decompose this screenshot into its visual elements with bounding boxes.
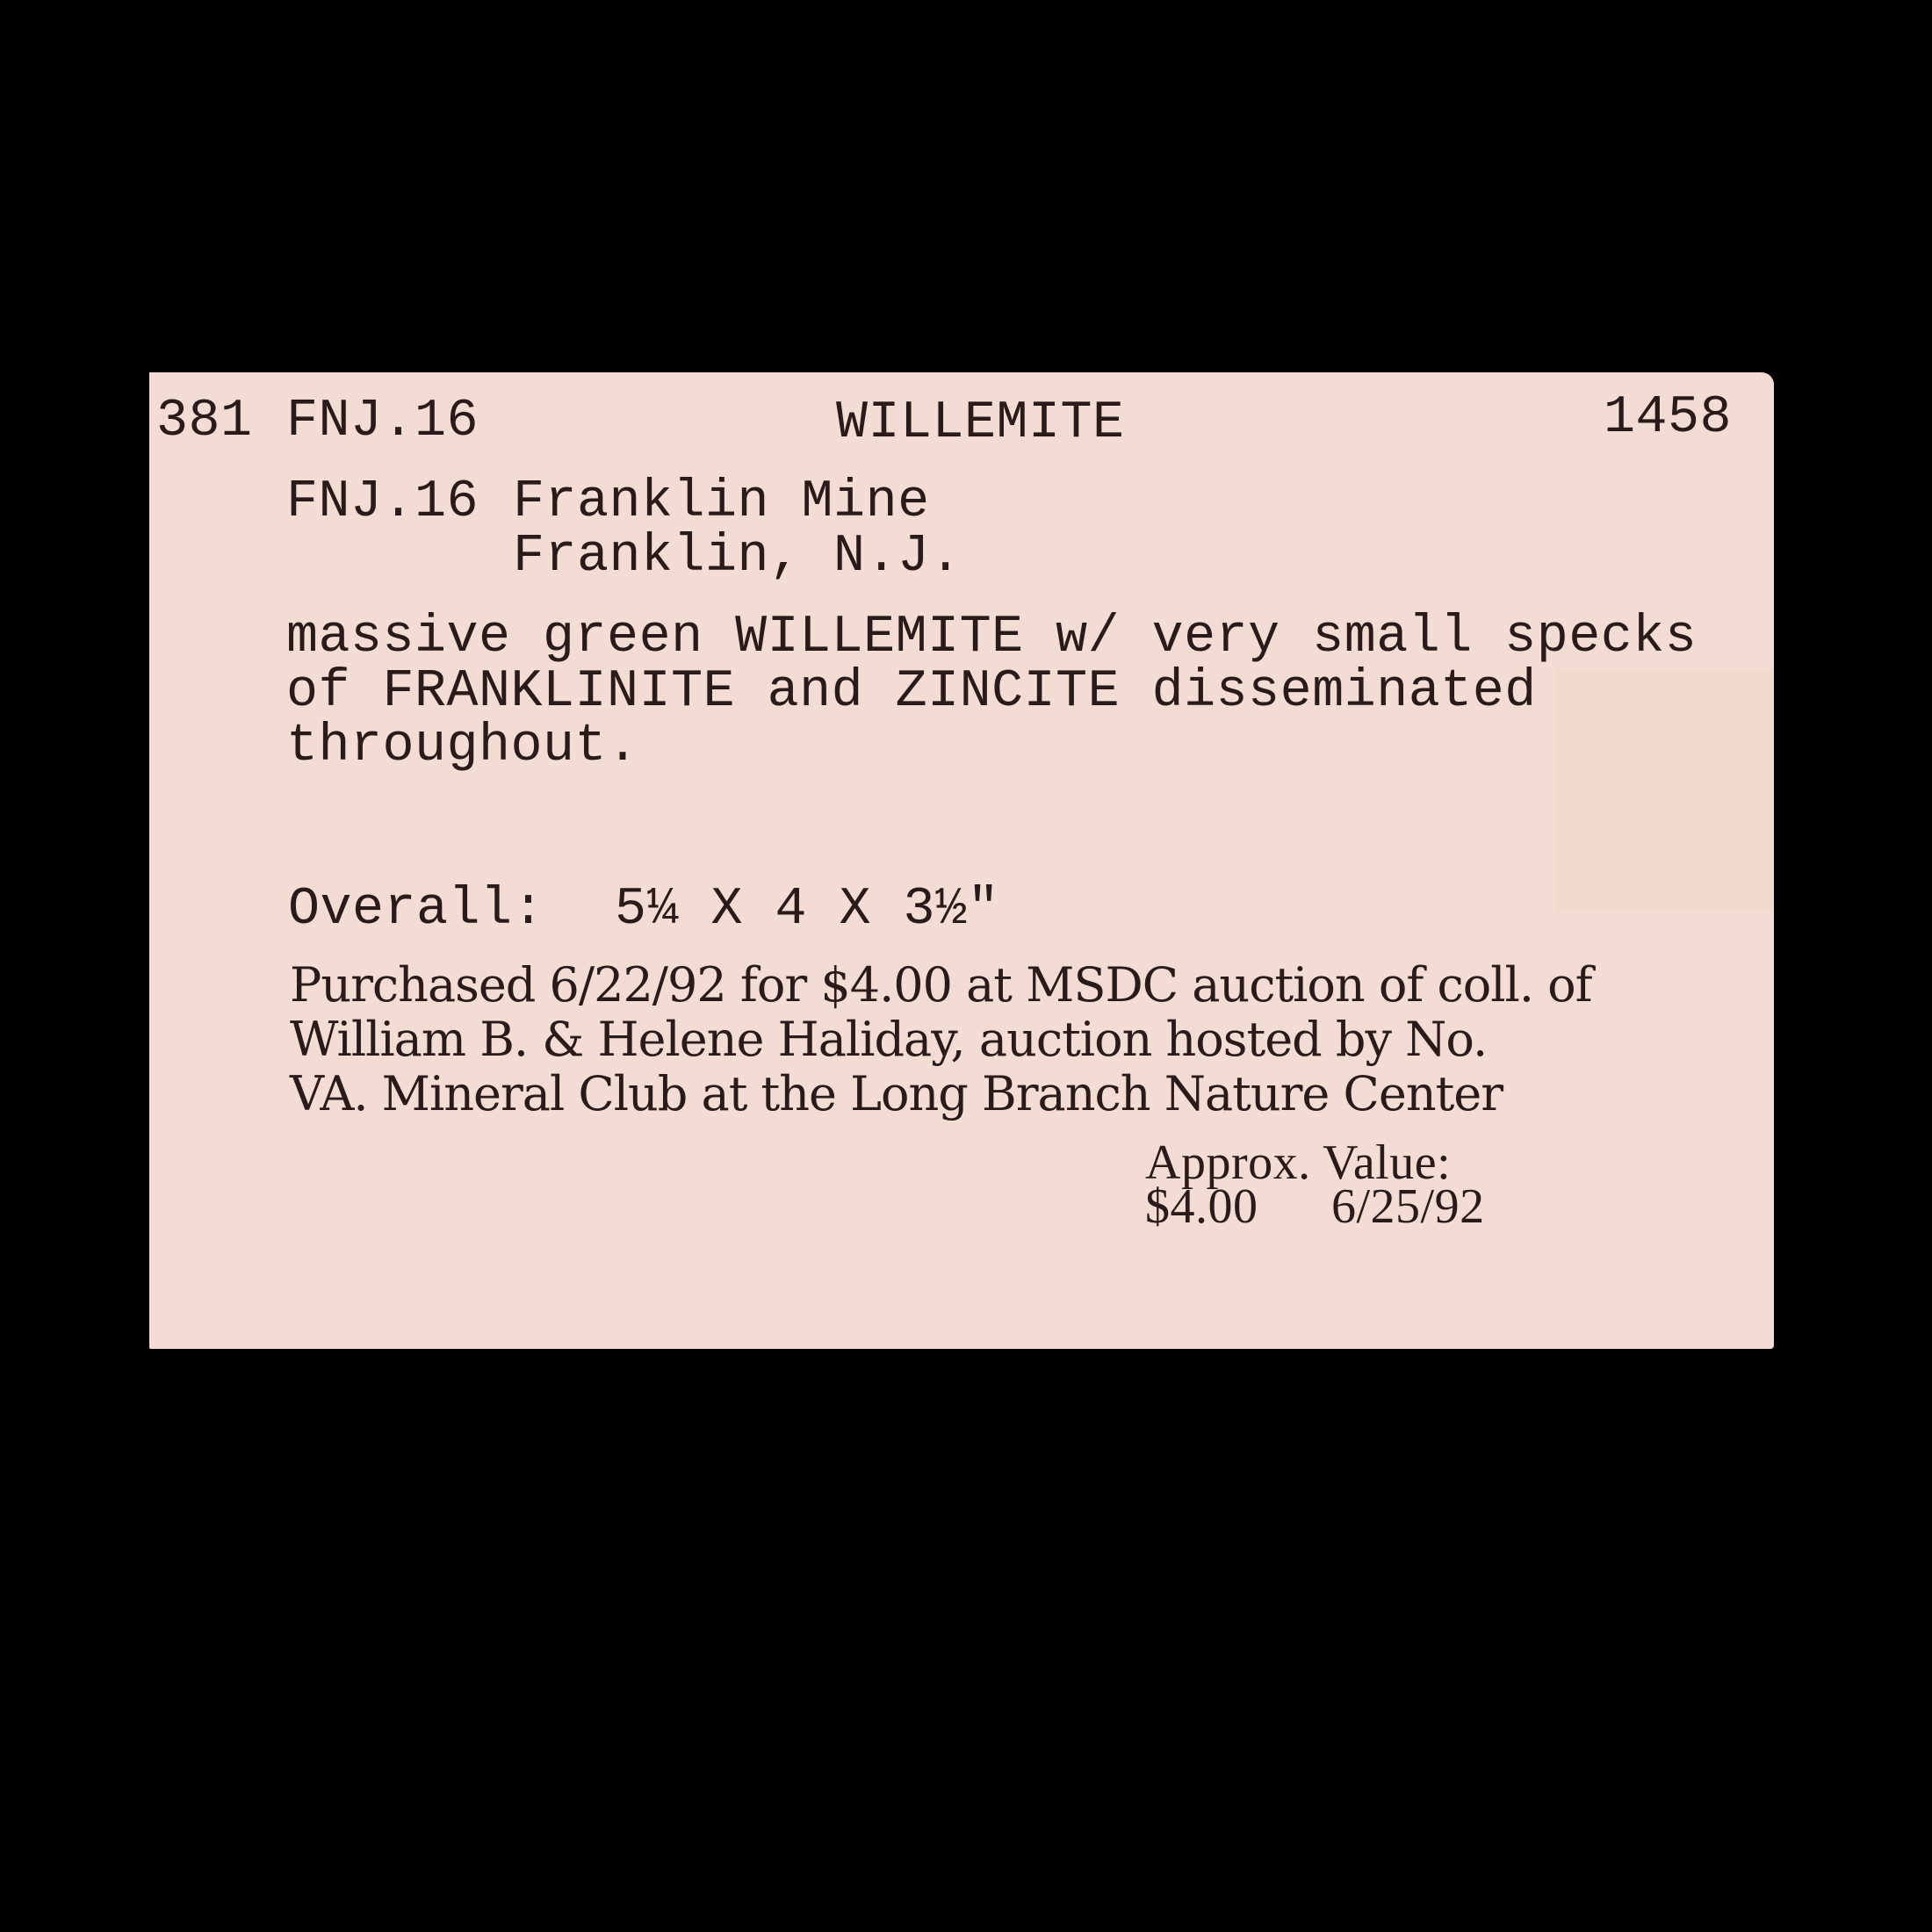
- valuation-label: Approx. Value:: [1145, 1142, 1451, 1184]
- purchase-line-3: VA. Mineral Club at the Long Branch Natu…: [290, 1066, 1503, 1122]
- paper-stain: [1556, 669, 1774, 911]
- description-line-1: massive green WILLEMITE w/ very small sp…: [286, 609, 1697, 666]
- valuation-date: 6/25/92: [1331, 1186, 1485, 1228]
- mineral-name: WILLEMITE: [836, 395, 1125, 451]
- dimensions-label: Overall:: [288, 882, 544, 938]
- locality-line-1: Franklin Mine: [513, 474, 930, 530]
- specimen-number: 1458: [1604, 390, 1732, 446]
- dimensions-value: 5¼ X 4 X 3½": [615, 882, 999, 938]
- header-locality-code: FNJ.16: [286, 393, 479, 450]
- catalog-number: 381: [156, 393, 253, 450]
- purchase-line-2: William B. & Helene Haliday, auction hos…: [290, 1012, 1487, 1068]
- description-line-3: throughout.: [286, 718, 639, 775]
- locality-code: FNJ.16: [286, 474, 479, 530]
- locality-line-2: Franklin, N.J.: [513, 529, 962, 585]
- description-line-2: of FRANKLINITE and ZINCITE disseminated: [286, 664, 1537, 720]
- purchase-line-1: Purchased 6/22/92 for $4.00 at MSDC auct…: [290, 957, 1592, 1013]
- valuation-amount: $4.00: [1145, 1186, 1258, 1228]
